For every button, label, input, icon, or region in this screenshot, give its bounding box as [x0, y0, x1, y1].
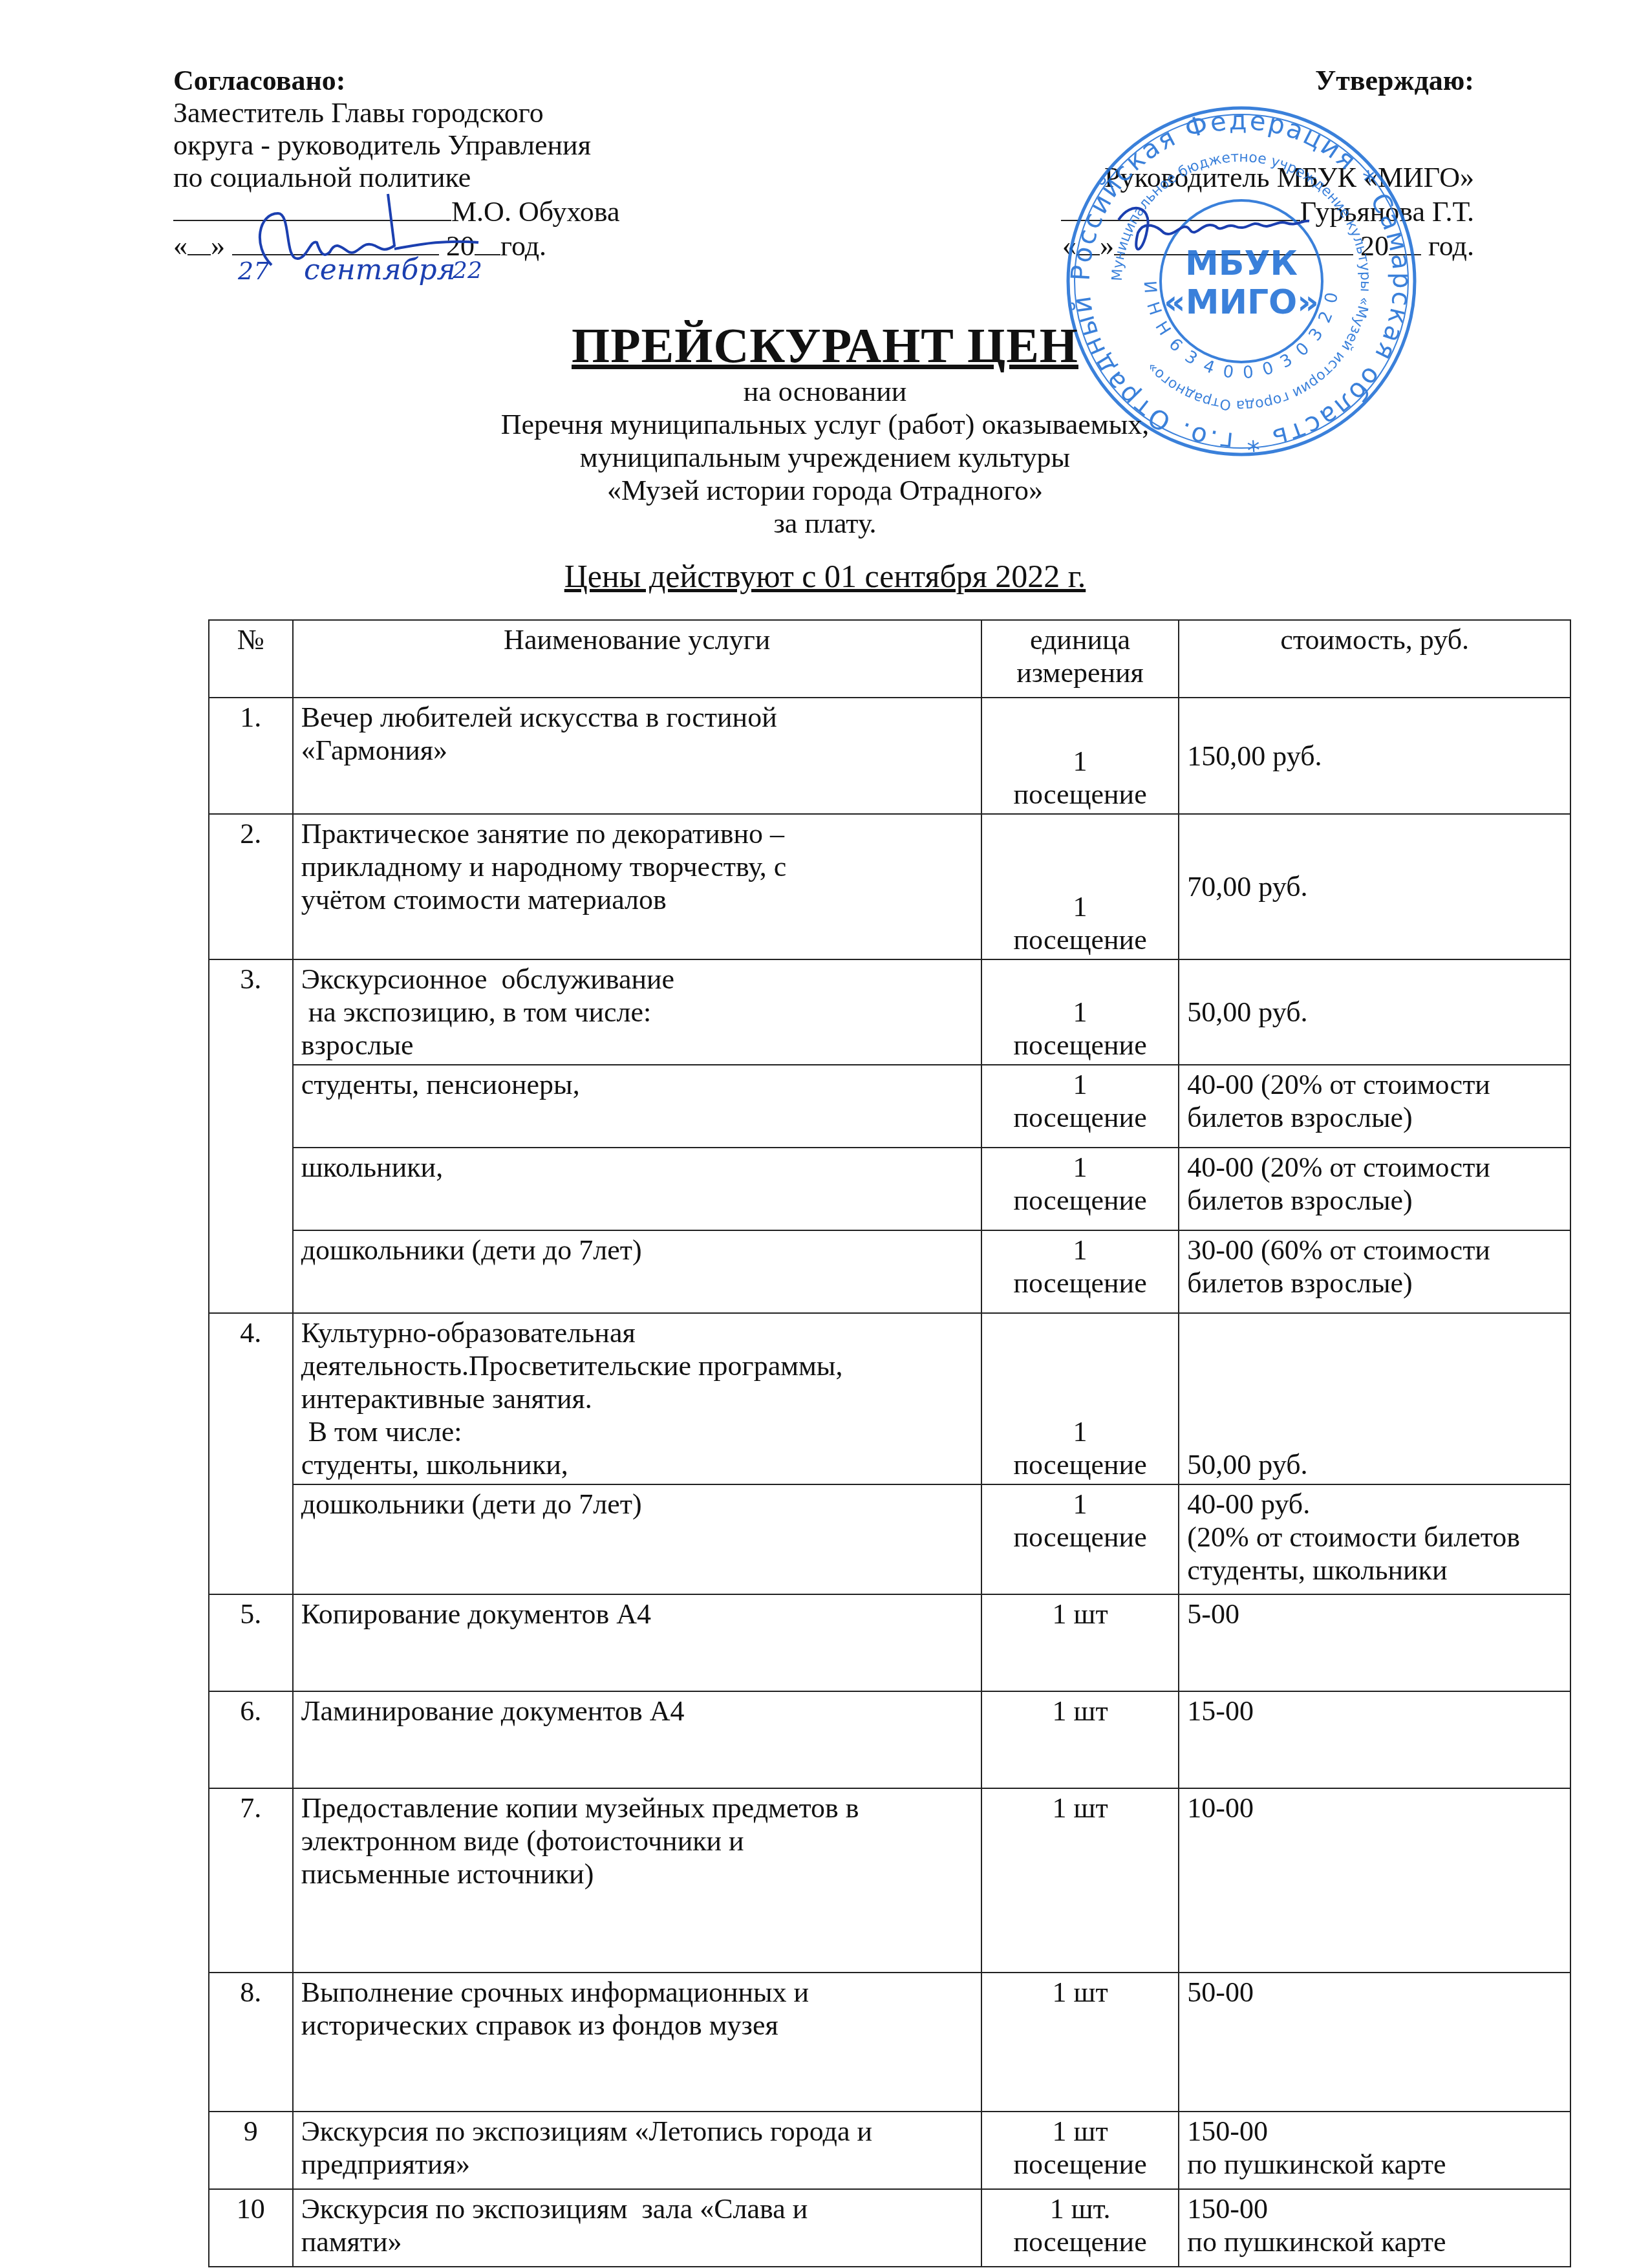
service-name: Экскурсия по экспозициям «Летопись город… [293, 2112, 981, 2189]
row-number: 10 [209, 2189, 293, 2267]
date-day-line [187, 228, 211, 255]
header-unit: единицаизмерения [981, 620, 1179, 698]
price: 5-00 [1179, 1594, 1570, 1691]
table-row: 9Экскурсия по экспозициям «Летопись горо… [209, 2112, 1570, 2189]
service-name: Культурно-образовательнаядеятельность.Пр… [293, 1313, 981, 1484]
table-row: 3.Экскурсионное обслуживание на экспозиц… [209, 959, 1570, 1065]
subtitle-line: за плату. [0, 507, 1650, 540]
header-price: стоимость, руб. [1179, 620, 1570, 698]
header-service-name: Наименование услуги [293, 620, 981, 698]
row-number: 4. [209, 1313, 293, 1594]
handwritten-date: 27 сентября 22 [233, 239, 491, 310]
effective-date: Цены действуют с 01 сентября 2022 г. [0, 557, 1650, 595]
quote-open: « [173, 230, 187, 262]
row-number: 3. [209, 959, 293, 1313]
table-row: 1.Вечер любителей искусства в гостиной«Г… [209, 698, 1570, 814]
service-name: Вечер любителей искусства в гостиной«Гар… [293, 698, 981, 814]
service-name: дошкольники (дети до 7лет) [293, 1230, 981, 1313]
price: 40-00 (20% от стоимостибилетов взрослые) [1179, 1065, 1570, 1148]
unit: 1посещение [981, 1148, 1179, 1230]
approval-left-position-line: округа - руководитель Управления [173, 129, 755, 162]
row-number: 1. [209, 698, 293, 814]
header-num: № [209, 620, 293, 698]
unit: 1 шт [981, 1691, 1179, 1788]
subtitle-line: «Музей истории города Отрадного» [0, 474, 1650, 507]
table-body: 1.Вечер любителей искусства в гостиной«Г… [209, 698, 1570, 2267]
handwritten-signature-guryanova [1112, 194, 1312, 265]
unit: 1 шт [981, 1594, 1179, 1691]
subtitle-line: на основании [0, 375, 1650, 408]
price: 30-00 (60% от стоимостибилетов взрослые) [1179, 1230, 1570, 1313]
row-number: 9 [209, 2112, 293, 2189]
service-name: Копирование документов А4 [293, 1594, 981, 1691]
date-year-word: год. [1428, 230, 1474, 262]
unit: 1 шт [981, 1973, 1179, 2112]
approval-left-position-line: Заместитель Главы городского [173, 97, 755, 129]
subtitle-line: муниципальным учреждением культуры [0, 441, 1650, 474]
service-name: Экскурсия по экспозициям зала «Слава ипа… [293, 2189, 981, 2267]
price: 15-00 [1179, 1691, 1570, 1788]
price: 50-00 [1179, 1973, 1570, 2112]
service-name: Ламинирование документов А4 [293, 1691, 981, 1788]
price: 150,00 руб. [1179, 698, 1570, 814]
price: 10-00 [1179, 1788, 1570, 1973]
table-row: 7.Предоставление копии музейных предмето… [209, 1788, 1570, 1973]
service-name: дошкольники (дети до 7лет) [293, 1484, 981, 1594]
svg-text:27: 27 [237, 257, 270, 285]
unit: 1посещение [981, 1313, 1179, 1484]
table-row: 6.Ламинирование документов А41 шт15-00 [209, 1691, 1570, 1788]
service-name: Выполнение срочных информационных иистор… [293, 1973, 981, 2112]
unit: 1посещение [981, 1484, 1179, 1594]
service-name: Экскурсионное обслуживание на экспозицию… [293, 959, 981, 1065]
table-row: 4.Культурно-образовательнаядеятельность.… [209, 1313, 1570, 1484]
service-name: школьники, [293, 1148, 981, 1230]
svg-text:«МИГО»: «МИГО» [1164, 283, 1319, 322]
table-subrow: студенты, пенсионеры,1посещение40-00 (20… [209, 1065, 1570, 1148]
document-title: ПРЕЙСКУРАНТ ЦЕН [0, 318, 1650, 374]
unit: 1посещение [981, 698, 1179, 814]
approval-right-heading: Утверждаю: [996, 65, 1474, 97]
service-name: студенты, пенсионеры, [293, 1065, 981, 1148]
approval-left-heading: Согласовано: [173, 65, 755, 97]
unit: 1 штпосещение [981, 2112, 1179, 2189]
service-name: Предоставление копии музейных предметов … [293, 1788, 981, 1973]
quote-close: » [211, 230, 225, 262]
price: 50,00 руб. [1179, 1313, 1570, 1484]
table-row: 5.Копирование документов А41 шт5-00 [209, 1594, 1570, 1691]
row-number: 2. [209, 814, 293, 959]
unit: 1посещение [981, 959, 1179, 1065]
table-row: 10Экскурсия по экспозициям зала «Слава и… [209, 2189, 1570, 2267]
unit: 1посещение [981, 814, 1179, 959]
unit: 1посещение [981, 1065, 1179, 1148]
unit: 1 шт [981, 1788, 1179, 1973]
table-header-row: № Наименование услуги единицаизмерения с… [209, 620, 1570, 698]
row-number: 6. [209, 1691, 293, 1788]
service-name: Практическое занятие по декоративно –при… [293, 814, 981, 959]
row-number: 8. [209, 1973, 293, 2112]
table-subrow: школьники,1посещение40-00 (20% от стоимо… [209, 1148, 1570, 1230]
row-number: 7. [209, 1788, 293, 1973]
table-row: 8.Выполнение срочных информационных иист… [209, 1973, 1570, 2112]
price: 150-00по пушкинской карте [1179, 2112, 1570, 2189]
price: 40-00 руб.(20% от стоимости билетовстуде… [1179, 1484, 1570, 1594]
price-table: № Наименование услуги единицаизмерения с… [208, 619, 1571, 2267]
document-subtitle: на основании Перечня муниципальных услуг… [0, 375, 1650, 540]
table-subrow: дошкольники (дети до 7лет)1посещение40-0… [209, 1484, 1570, 1594]
row-number: 5. [209, 1594, 293, 1691]
price: 40-00 (20% от стоимостибилетов взрослые) [1179, 1148, 1570, 1230]
svg-text:сентября: сентября [304, 253, 456, 286]
subtitle-line: Перечня муниципальных услуг (работ) оказ… [0, 408, 1650, 441]
svg-text:22: 22 [452, 257, 482, 284]
table-subrow: дошкольники (дети до 7лет)1посещение30-0… [209, 1230, 1570, 1313]
price: 50,00 руб. [1179, 959, 1570, 1065]
price: 150-00по пушкинской карте [1179, 2189, 1570, 2267]
unit: 1 шт.посещение [981, 2189, 1179, 2267]
price: 70,00 руб. [1179, 814, 1570, 959]
table-row: 2.Практическое занятие по декоративно –п… [209, 814, 1570, 959]
unit: 1посещение [981, 1230, 1179, 1313]
date-year-word: год. [500, 230, 546, 262]
